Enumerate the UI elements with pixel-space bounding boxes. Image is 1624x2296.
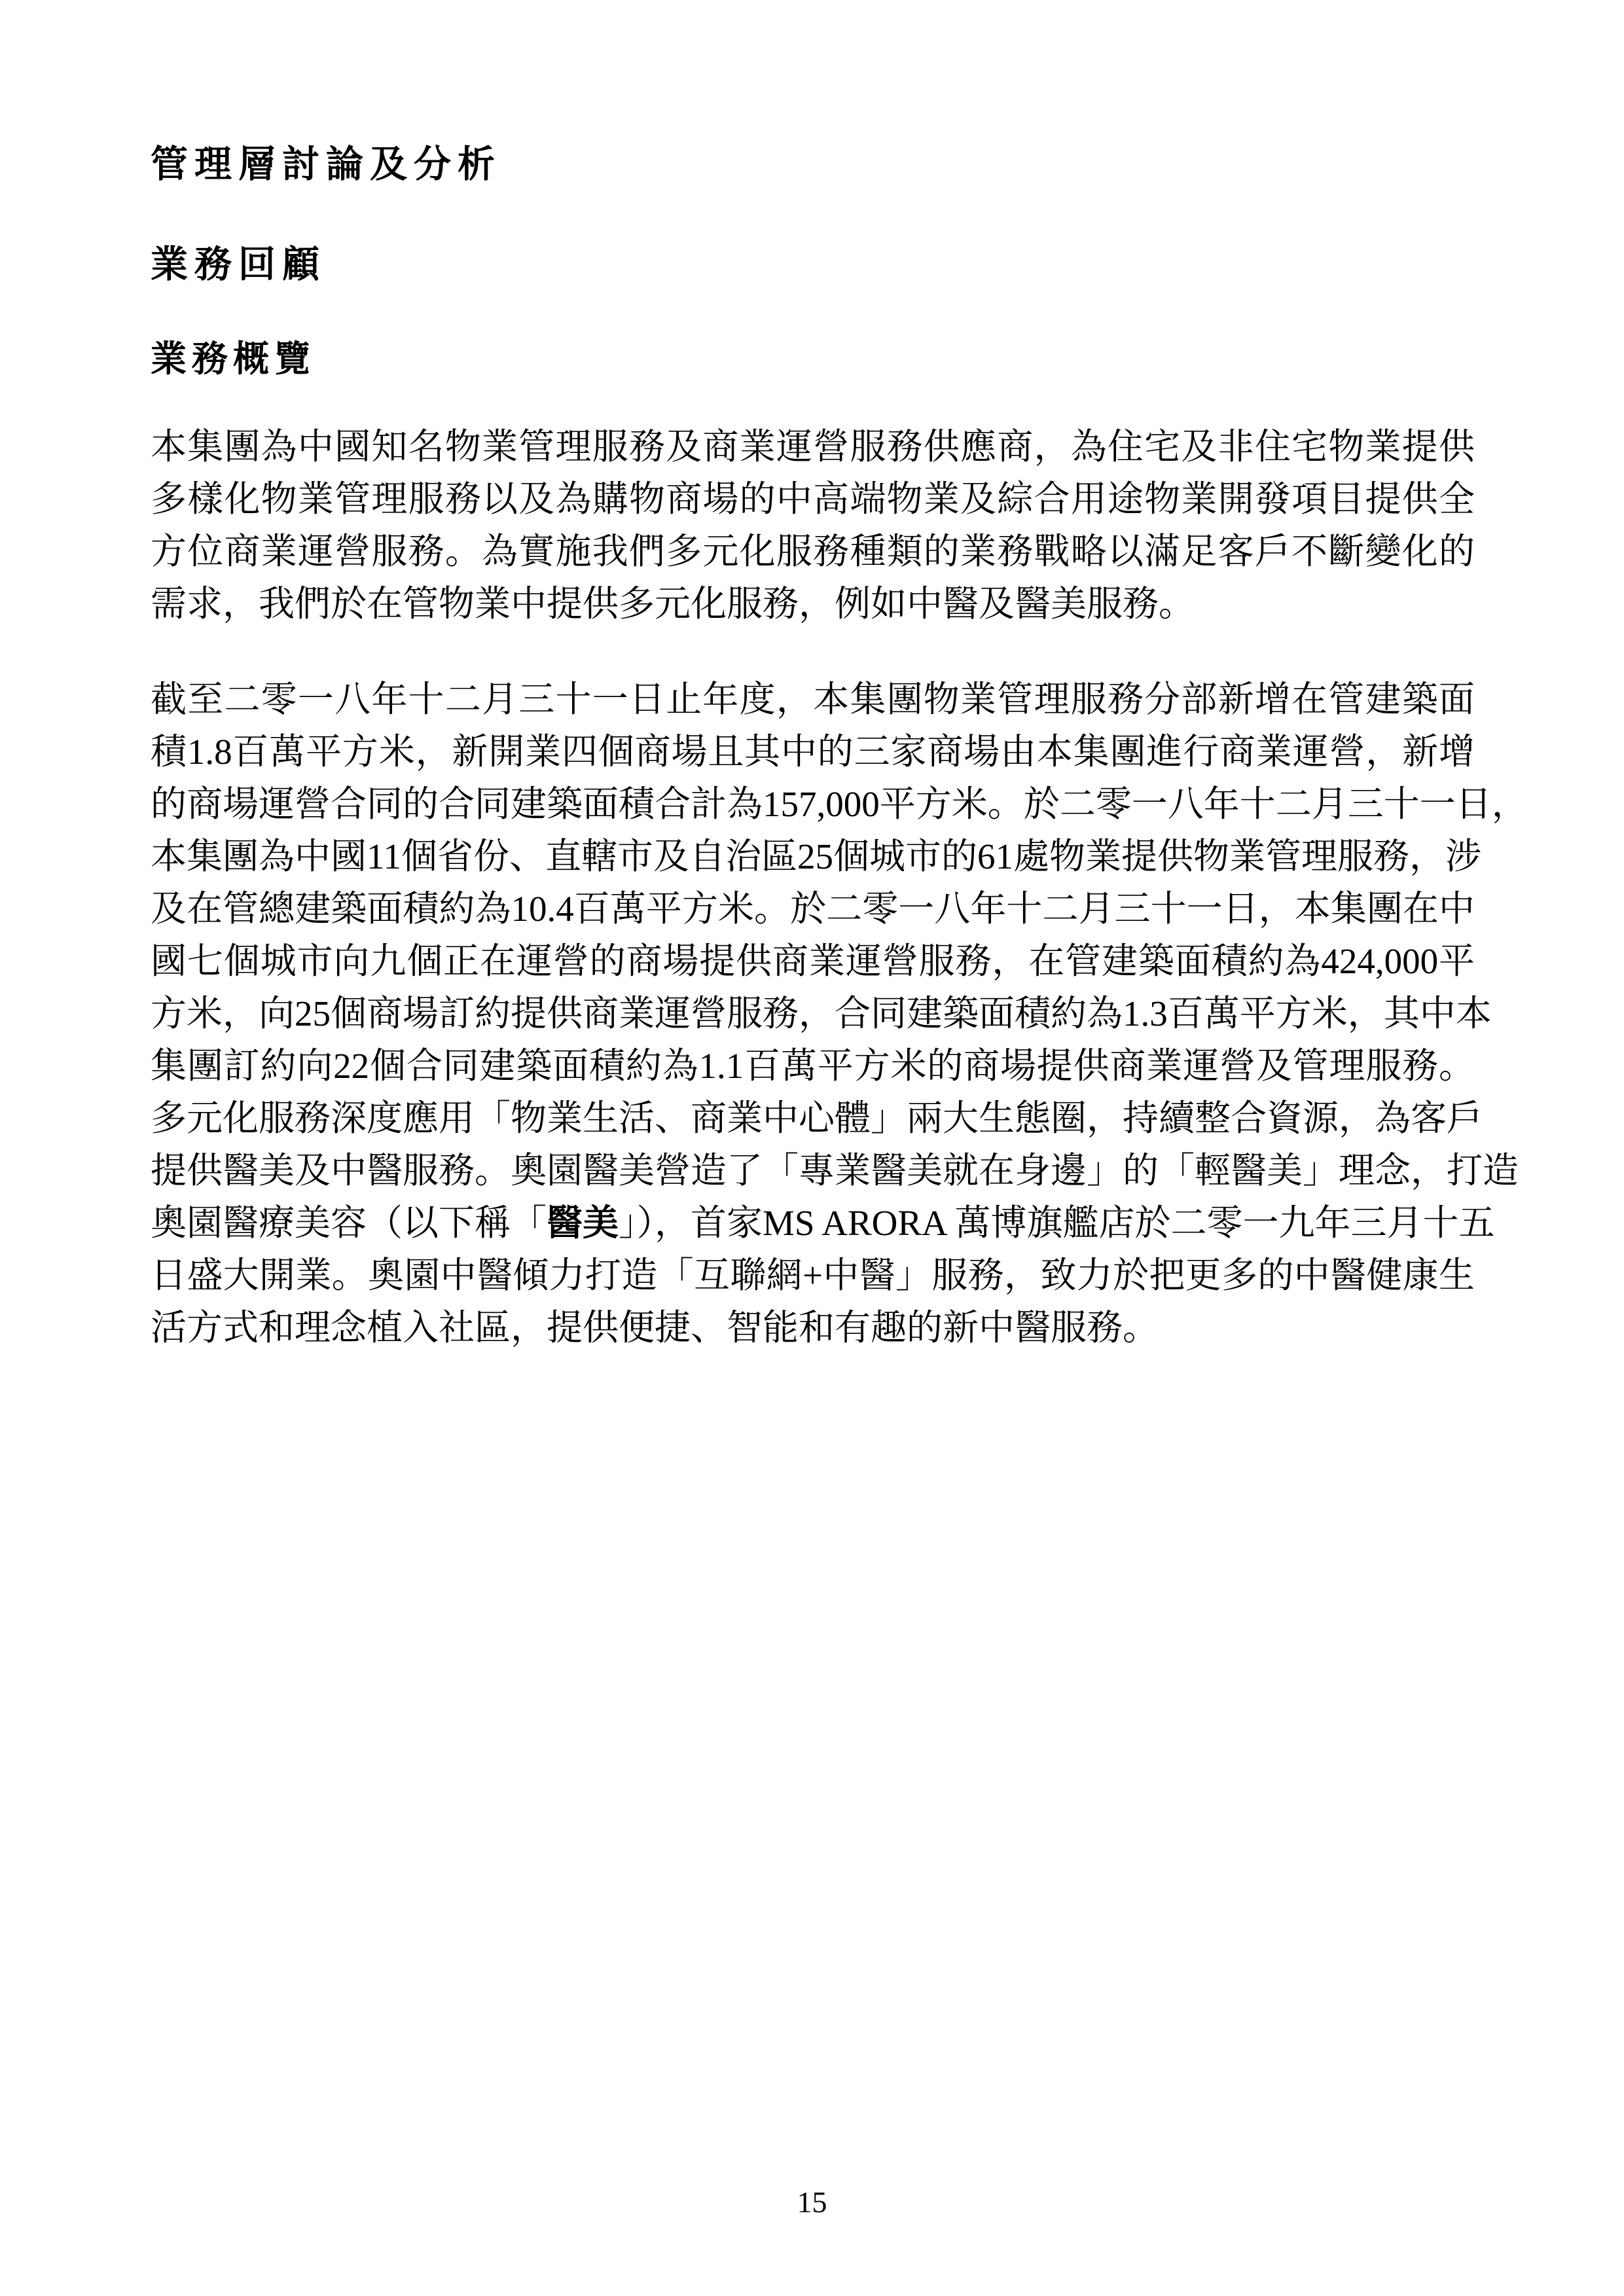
paragraph-line: 本集團為中國知名物業管理服務及商業運營服務供應商，為住宅及非住宅物業提供: [151, 421, 1475, 473]
page-number: 15: [0, 2185, 1624, 2219]
paragraph-line: 多元化服務深度應用「物業生活、商業中心體」兩大生態圈，持續整合資源，為客戶: [151, 1092, 1475, 1145]
paragraph-line: 多樣化物業管理服務以及為購物商場的中高端物業及綜合用途物業開發項目提供全: [151, 473, 1475, 526]
paragraph-line: 方米，向25個商場訂約提供商業運營服務，合同建築面積約為1.3百萬平方米，其中本: [151, 988, 1475, 1040]
paragraph-line: 方位商業運營服務。為實施我們多元化服務種類的業務戰略以滿足客戶不斷變化的: [151, 526, 1475, 578]
page-title: 管理層討論及分析: [151, 145, 1475, 185]
paragraph-line-with-bold-term: 奧園醫療美容（以下稱「醫美」），首家MS ARORA 萬博旗艦店於二零一九年三月…: [151, 1197, 1475, 1249]
paragraph-line: 國七個城市向九個正在運營的商場提供商業運營服務，在管建築面積約為424,000平: [151, 935, 1475, 988]
line-text-before-bold: 奧園醫療美容（以下稱「: [151, 1203, 547, 1243]
bold-defined-term: 醫美: [547, 1203, 619, 1243]
section-heading-business-review: 業務回顧: [151, 245, 1475, 285]
paragraph-line: 及在管總建築面積約為10.4百萬平方米。於二零一八年十二月三十一日，本集團在中: [151, 883, 1475, 935]
page-content: 管理層討論及分析 業務回顧 業務概覽 本集團為中國知名物業管理服務及商業運營服務…: [151, 145, 1475, 1354]
paragraph-business-overview-2: 截至二零一八年十二月三十一日止年度，本集團物業管理服務分部新增在管建築面 積1.…: [151, 673, 1475, 1354]
paragraph-line: 提供醫美及中醫服務。奧園醫美營造了「專業醫美就在身邊」的「輕醫美」理念，打造: [151, 1145, 1475, 1197]
paragraph-line: 集團訂約向22個合同建築面積約為1.1百萬平方米的商場提供商業運營及管理服務。: [151, 1040, 1475, 1092]
paragraph-line: 需求，我們於在管物業中提供多元化服務，例如中醫及醫美服務。: [151, 578, 1475, 630]
paragraph-line: 日盛大開業。奧園中醫傾力打造「互聯網+中醫」服務，致力於把更多的中醫健康生: [151, 1249, 1475, 1302]
paragraph-line: 本集團為中國11個省份、直轄市及自治區25個城市的61處物業提供物業管理服務，涉: [151, 831, 1475, 883]
subsection-heading-business-overview: 業務概覽: [151, 340, 1475, 378]
line-text-after-bold: 」），首家MS ARORA 萬博旗艦店於二零一九年三月十五: [619, 1203, 1494, 1243]
document-page: 管理層討論及分析 業務回顧 業務概覽 本集團為中國知名物業管理服務及商業運營服務…: [0, 0, 1624, 2296]
paragraph-line: 積1.8百萬平方米，新開業四個商場且其中的三家商場由本集團進行商業運營，新增: [151, 726, 1475, 778]
paragraph-line: 的商場運營合同的合同建築面積合計為157,000平方米。於二零一八年十二月三十一…: [151, 778, 1475, 831]
paragraph-line: 截至二零一八年十二月三十一日止年度，本集團物業管理服務分部新增在管建築面: [151, 673, 1475, 726]
paragraph-line: 活方式和理念植入社區，提供便捷、智能和有趣的新中醫服務。: [151, 1302, 1475, 1354]
paragraph-business-overview-1: 本集團為中國知名物業管理服務及商業運營服務供應商，為住宅及非住宅物業提供 多樣化…: [151, 421, 1475, 630]
